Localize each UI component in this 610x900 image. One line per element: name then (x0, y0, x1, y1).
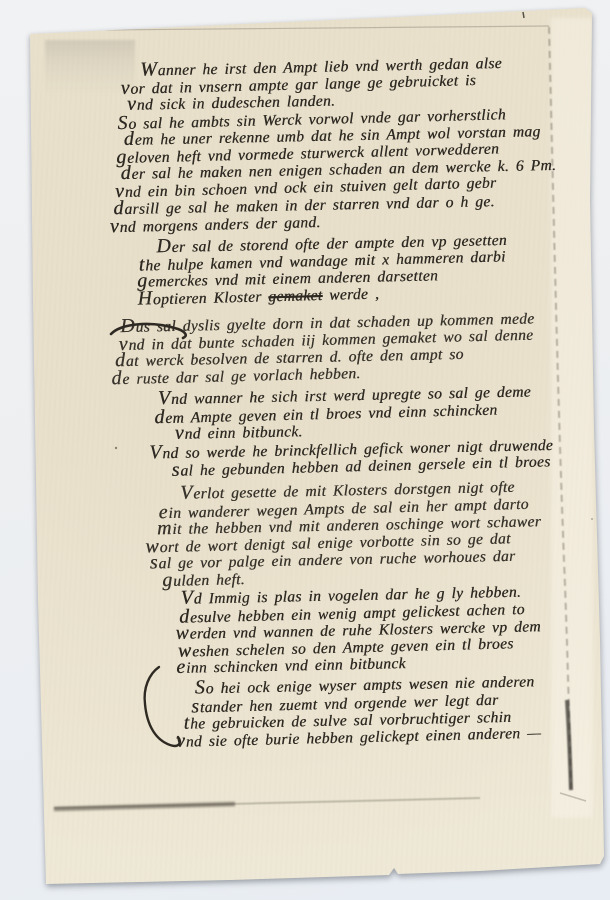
pen-flourish-paragraph-8 (145, 667, 180, 746)
photo-border-bottom-diagonal (560, 793, 586, 801)
photo-border-top-line (106, 26, 549, 30)
photo-border-dark-streak (567, 700, 571, 790)
photo-edge-marks (0, 0, 610, 900)
dust-speck (18, 778, 20, 780)
dust-speck (30, 184, 32, 186)
photo-paper-shadow: Wanner he irst den Ampt lieb vnd werth g… (0, 0, 610, 900)
ink-speck (115, 447, 117, 449)
ink-speck (591, 518, 593, 520)
ink-smudge-bottom-left (54, 804, 235, 809)
photo-border-right-line (549, 27, 571, 788)
photo-paper: Wanner he irst den Ampt lieb vnd werth g… (0, 0, 610, 900)
pen-flourish-paragraph-3 (111, 324, 186, 338)
ink-tick-mark (523, 12, 524, 18)
